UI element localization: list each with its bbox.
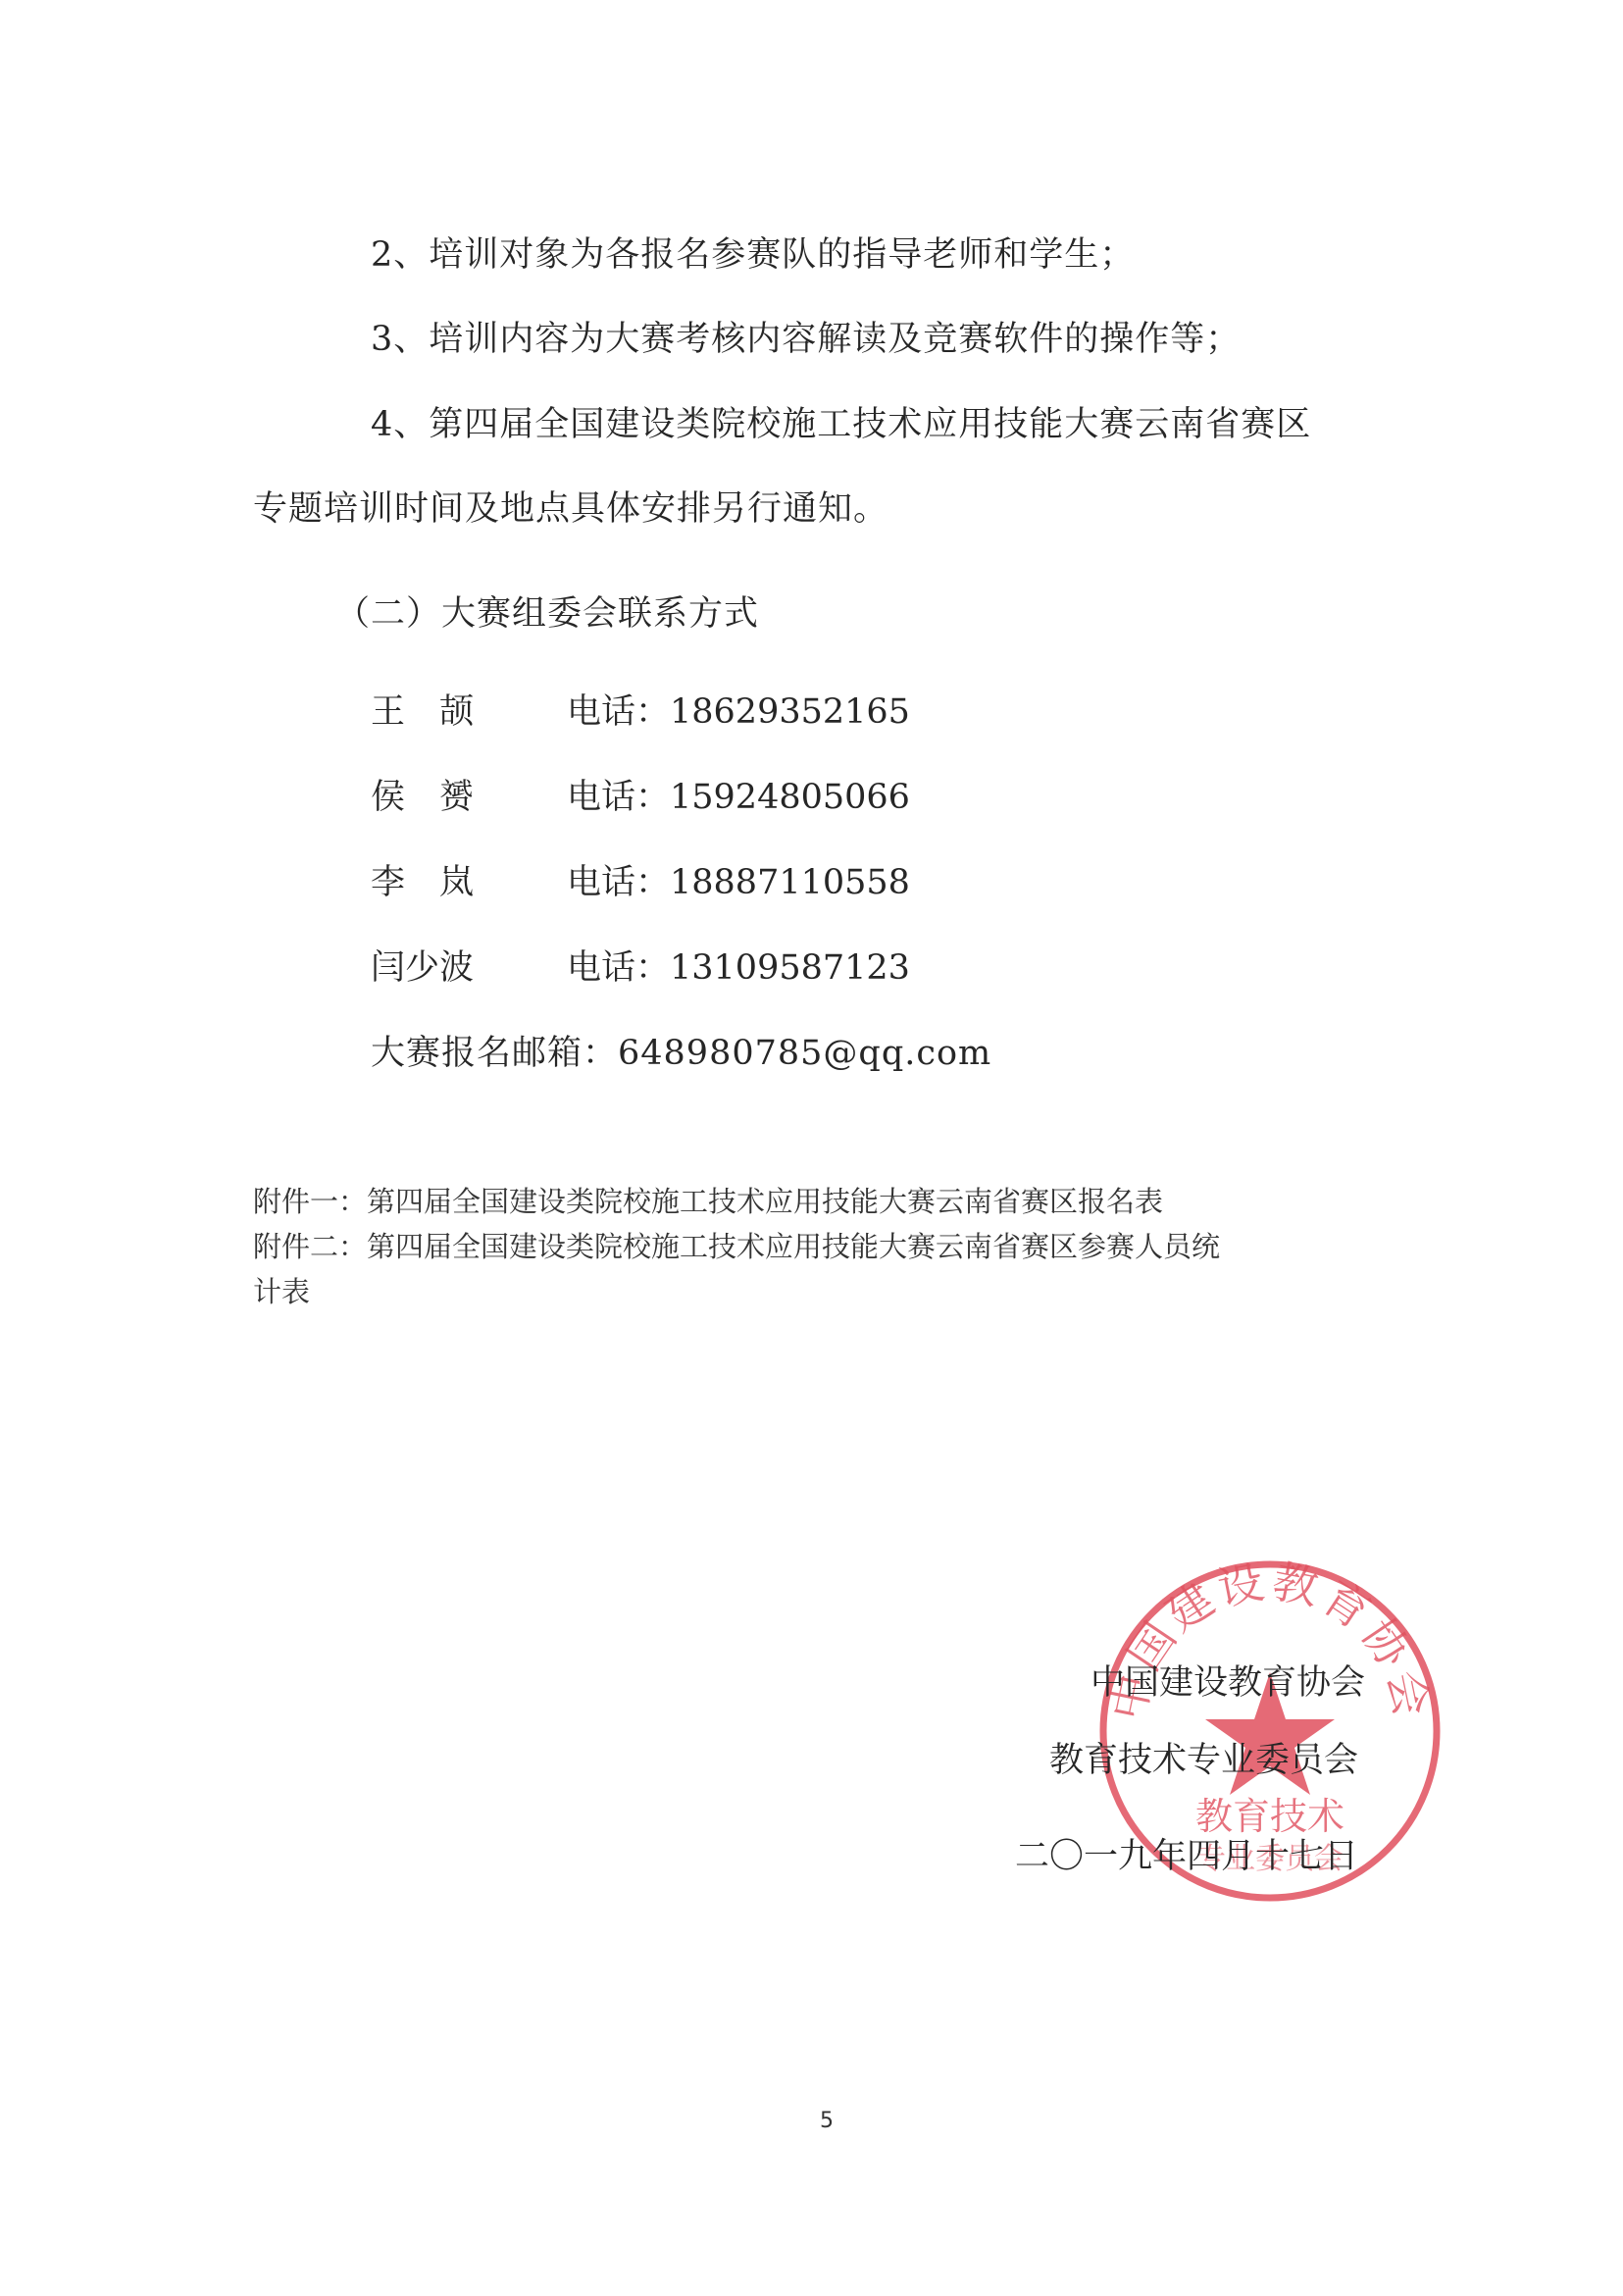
contact-phone: 电话：18887110558 xyxy=(567,855,910,904)
item-2: 2、培训对象为各报名参赛队的指导老师和学生； xyxy=(371,228,1135,277)
contact-name: 王 颉 xyxy=(371,685,474,734)
contact-phone: 电话：15924805066 xyxy=(567,770,910,819)
attachment-2: 附件二：第四届全国建设类院校施工技术应用技能大赛云南省赛区参赛人员统 xyxy=(253,1225,1220,1265)
item-3: 3、培训内容为大赛考核内容解读及竞赛软件的操作等； xyxy=(371,312,1241,361)
signature-org: 中国建设教育协会 xyxy=(1090,1656,1365,1705)
contact-phone: 电话：18629352165 xyxy=(567,685,910,734)
item-4-continued: 专题培训时间及地点具体安排另行通知。 xyxy=(253,482,888,531)
item-4: 4、第四届全国建设类院校施工技术应用技能大赛云南省赛区 xyxy=(371,397,1311,446)
contact-name: 闫少波 xyxy=(371,941,474,990)
signature-committee: 教育技术专业委员会 xyxy=(1049,1733,1358,1782)
signature-date: 二〇一九年四月十七日 xyxy=(1015,1829,1358,1878)
attachment-1: 附件一：第四届全国建设类院校施工技术应用技能大赛云南省赛区报名表 xyxy=(253,1180,1163,1220)
section-heading: （二）大赛组委会联系方式 xyxy=(335,587,759,636)
contact-phone: 电话：13109587123 xyxy=(567,941,910,990)
email-line: 大赛报名邮箱：648980785@qq.com xyxy=(371,1026,991,1075)
contact-name: 李 岚 xyxy=(371,855,474,904)
attachment-2-continued: 计表 xyxy=(253,1270,310,1310)
contact-name: 侯 赟 xyxy=(371,770,474,819)
page-number: 5 xyxy=(820,2109,834,2133)
document-page: 2、培训对象为各报名参赛队的指导老师和学生； 3、培训内容为大赛考核内容解读及竞… xyxy=(0,0,1623,2296)
